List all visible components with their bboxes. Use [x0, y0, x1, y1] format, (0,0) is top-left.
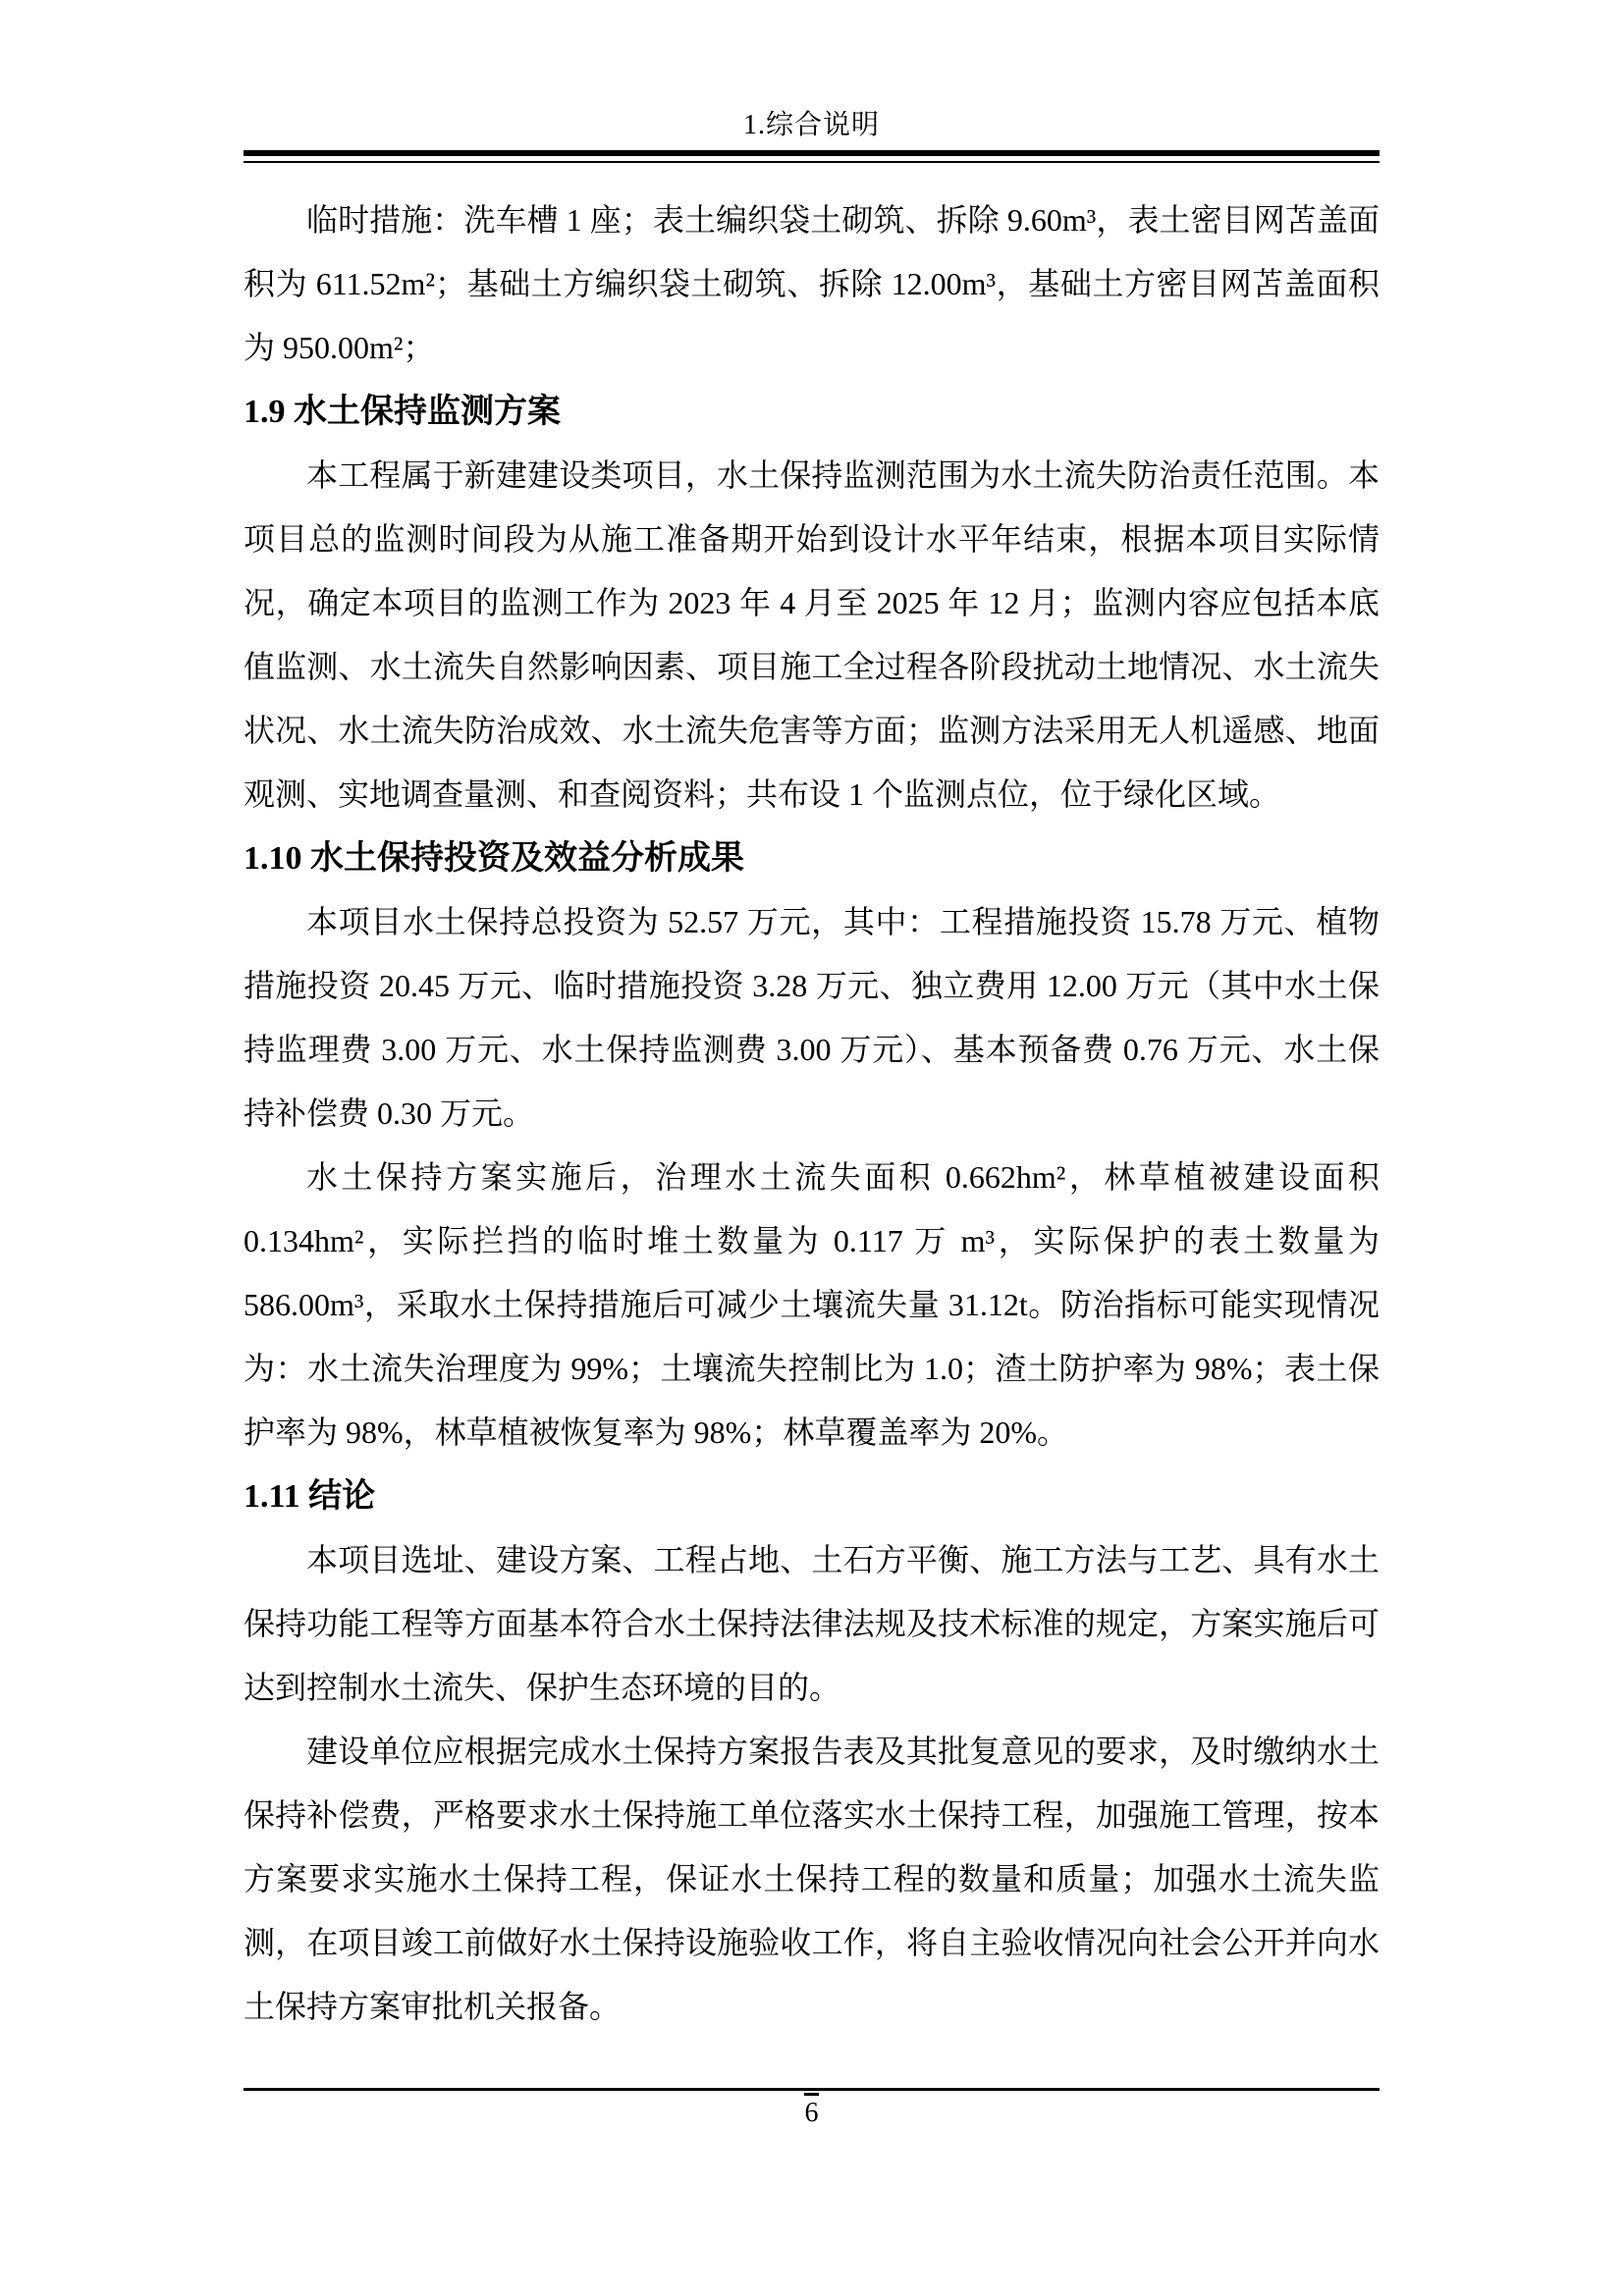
- footer-rule-line: [244, 2088, 1380, 2091]
- paragraph-conclusion-compliance: 本项目选址、建设方案、工程占地、土石方平衡、施工方法与工艺、具有水土保持功能工程…: [244, 1528, 1380, 1720]
- paragraph-benefit-analysis: 水土保持方案实施后，治理水土流失面积 0.662hm²，林草植被建设面积 0.1…: [244, 1146, 1380, 1465]
- page-footer: 6: [244, 2088, 1380, 2130]
- section-heading-1-9: 1.9 水土保持监测方案: [244, 380, 1380, 444]
- header-rule-line: [244, 150, 1380, 163]
- section-heading-1-11: 1.11 结论: [244, 1465, 1380, 1528]
- paragraph-monitoring-plan: 本工程属于新建建设类项目，水土保持监测范围为水土流失防治责任范围。本项目总的监测…: [244, 444, 1380, 827]
- page-number-dash: [804, 2093, 819, 2096]
- paragraph-conclusion-requirements: 建设单位应根据完成水土保持方案报告表及其批复意见的要求，及时缴纳水土保持补偿费，…: [244, 1720, 1380, 2039]
- paragraph-temporary-measures: 临时措施：洗车槽 1 座；表土编织袋土砌筑、拆除 9.60m³，表土密目网苫盖面…: [244, 188, 1380, 380]
- document-body: 临时措施：洗车槽 1 座；表土编织袋土砌筑、拆除 9.60m³，表土密目网苫盖面…: [244, 188, 1380, 2039]
- document-page: 1.综合说明 临时措施：洗车槽 1 座；表土编织袋土砌筑、拆除 9.60m³，表…: [0, 0, 1624, 2296]
- header-title: 1.综合说明: [244, 108, 1380, 143]
- section-heading-1-10: 1.10 水土保持投资及效益分析成果: [244, 827, 1380, 890]
- paragraph-investment-summary: 本项目水土保持总投资为 52.57 万元，其中：工程措施投资 15.78 万元、…: [244, 890, 1380, 1146]
- page-number: 6: [244, 2097, 1380, 2130]
- page-header: 1.综合说明: [244, 108, 1380, 163]
